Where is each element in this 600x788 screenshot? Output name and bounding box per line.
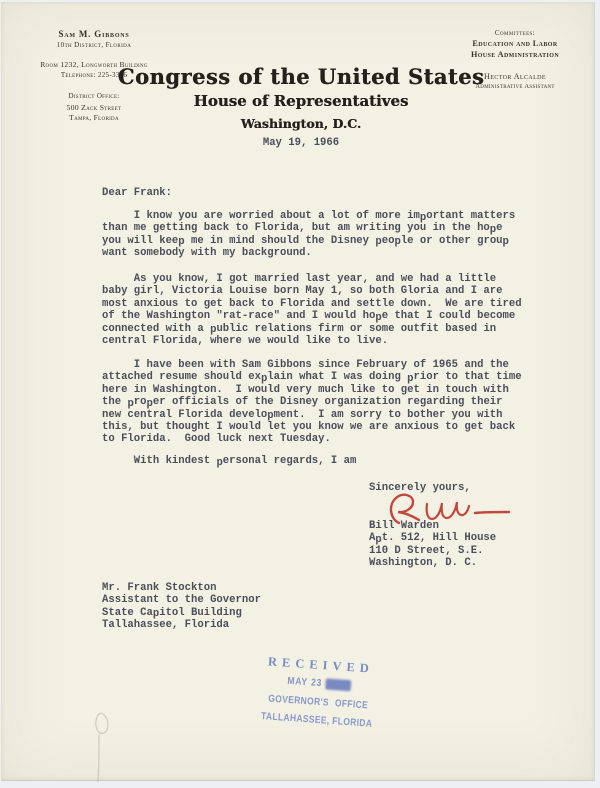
signature-dash <box>475 512 509 513</box>
salutation: Dear Frank: <box>102 187 172 199</box>
scan-background: Sam M. Gibbons 10th District, Florida Ro… <box>0 0 600 788</box>
member-name: Sam M. Gibbons <box>18 29 170 40</box>
closing-line: With kindest personal regards, I am <box>102 455 356 467</box>
pencil-mark-path <box>96 713 108 782</box>
signature-stroke-b <box>391 495 419 523</box>
committee-1: Education and Labor <box>435 39 595 49</box>
stamp-city-line: TALLAHASSEE, FLORIDA <box>261 711 373 730</box>
org-chamber: House of Representatives <box>1 92 600 110</box>
signature-stroke-ill <box>427 502 469 519</box>
stamp-year-smudge: 1966 <box>325 678 351 691</box>
org-city: Washington, D.C. <box>1 116 600 131</box>
letter-date: May 19, 1966 <box>1 137 600 149</box>
paragraph-3: I have been with Sam Gibbons since Febru… <box>102 359 522 446</box>
paragraph-2: As you know, I got married last year, an… <box>102 273 522 347</box>
paragraph-1: I know you are worried about a lot of mo… <box>102 210 515 260</box>
member-district: 10th District, Florida <box>18 41 170 50</box>
letter-page: Sam M. Gibbons 10th District, Florida Ro… <box>1 2 595 781</box>
sender-address-block: Bill Warden Apt. 512, Hill House 110 D S… <box>369 520 496 570</box>
received-stamp: RECEIVED MAY 23 1966 GOVERNOR'S OFFICE T… <box>242 653 397 733</box>
org-name: Congress of the United States <box>1 64 600 89</box>
committee-2: House Administration <box>435 50 595 60</box>
recipient-address-block: Mr. Frank Stockton Assistant to the Gove… <box>102 582 261 632</box>
committees-label: Committees: <box>435 29 595 38</box>
pencil-mark <box>85 706 131 786</box>
letterhead-masthead: Congress of the United States House of R… <box>1 64 600 131</box>
